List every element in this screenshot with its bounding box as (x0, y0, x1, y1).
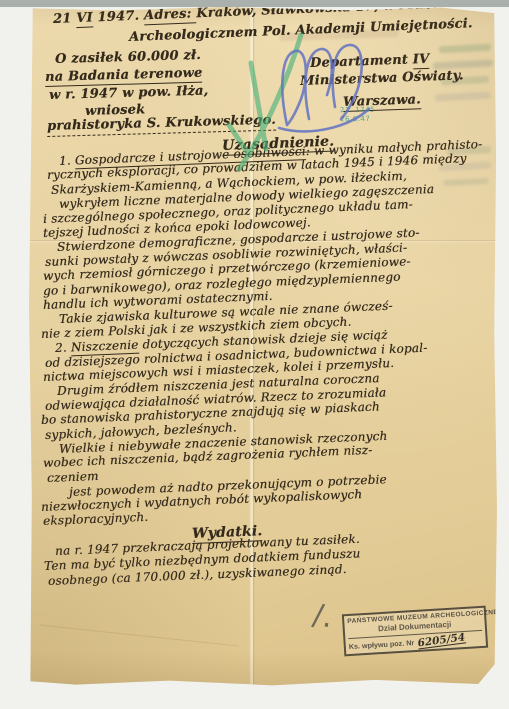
museum-accession-stamp: PAŃSTWOWE MUZEUM ARCHEOLOGICZNE Dział Do… (342, 606, 488, 657)
request-amount-line: O zasiłek 60.000 zł. (55, 48, 201, 67)
request-purpose-line: na Badania terenowe (45, 66, 203, 85)
ink-bleed-through (439, 44, 491, 54)
recipient-department-text: Departament (310, 52, 413, 71)
recipient-ministry-line: Ministerstwa Oświaty. (300, 68, 464, 89)
request-author-line: prahistoryka S. Krukowskiego. (47, 113, 276, 134)
bottom-crease-line (39, 625, 238, 647)
date-month: VI (76, 10, 93, 28)
stamp-register-label: Ks. wpływu poz. Nr (349, 638, 415, 651)
received-date-stamp: 21. 1745 26 6.47 (340, 106, 375, 125)
date-year: 1947. (92, 8, 144, 25)
body-line: czeniem (47, 469, 99, 485)
recipient-department-line: Departament IV (310, 52, 430, 71)
recipient-department-number: IV (412, 52, 429, 70)
address-label: Adres: (144, 6, 197, 25)
stamp-accession-number: 6205/54 (417, 632, 466, 649)
received-stamp-date: 26 6.47 (340, 115, 375, 125)
para1-number: 1. (59, 153, 75, 168)
ink-bleed-through (443, 178, 489, 186)
date-day: 21 (53, 11, 77, 27)
pencil-slash-mark: /. (310, 598, 335, 636)
body-line: eksploracyjnych. (43, 510, 149, 528)
ink-bleed-through (435, 92, 491, 102)
scanned-document-photo: { "document": { "header": { "day": "21 "… (0, 0, 509, 709)
request-author-text: prahistoryka S. Krukowskiego. (47, 113, 276, 137)
scan-background-band (0, 0, 509, 7)
request-year-district-line: w r. 1947 w pow. Iłża, (49, 84, 209, 103)
document-paper-sheet: 21 VI 1947. Adres: Kraków, Sławkowska 17… (29, 7, 497, 686)
para2-number: 2. (55, 340, 71, 355)
